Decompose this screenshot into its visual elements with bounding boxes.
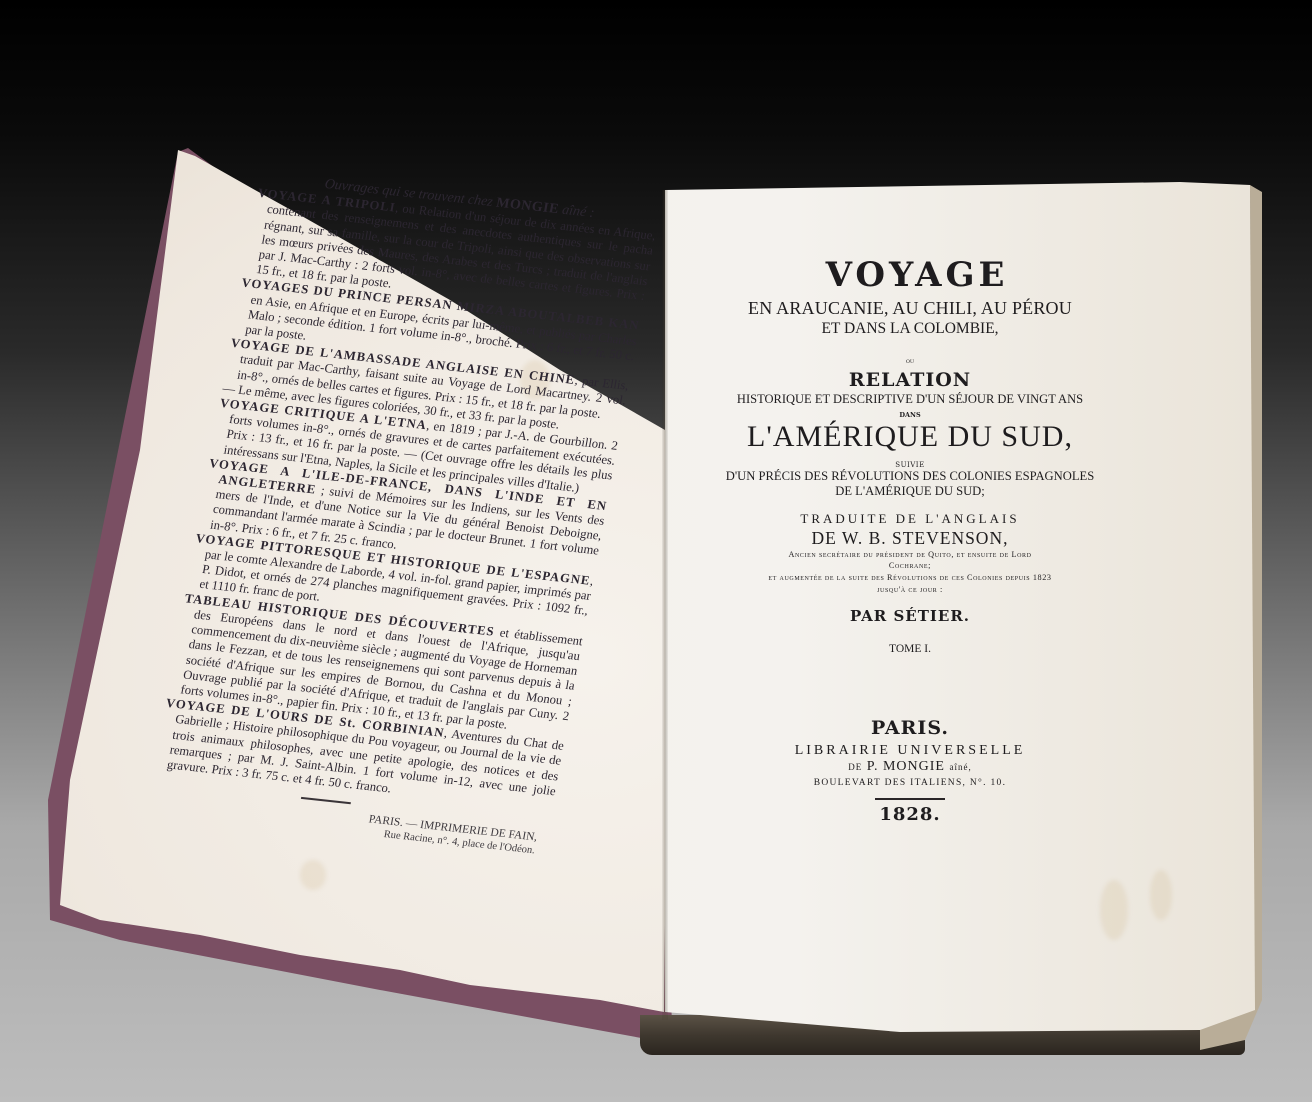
historique-line: HISTORIQUE ET DESCRIPTIVE D'UN SÉJOUR DE… [700, 391, 1120, 407]
author-role-line2: Cochrane; [700, 560, 1120, 571]
title-page: VOYAGE EN ARAUCANIE, AU CHILI, AU PÉROU … [700, 255, 1120, 825]
conjunction-ou: ou [700, 356, 1120, 365]
subtitle-line1: EN ARAUCANIE, AU CHILI, AU PÉROU [700, 297, 1120, 319]
precis-line2: DE L'AMÉRIQUE DU SUD; [700, 484, 1120, 499]
paper-stain [1100, 880, 1128, 940]
traduite-line: TRADUITE DE L'ANGLAIS [700, 511, 1120, 527]
publisher-line: DE P. MONGIE aîné, [700, 759, 1120, 775]
author-name: DE W. B. STEVENSON, [700, 527, 1120, 549]
author-role-line1: Ancien secrétaire du président de Quito,… [700, 549, 1120, 560]
header-suffix: aîné : [561, 203, 596, 221]
amerique-heading: L'AMÉRIQUE DU SUD, [700, 419, 1120, 455]
paper-stain [1150, 870, 1172, 920]
publisher-suffix: aîné, [949, 762, 971, 772]
precis-line1: D'UN PRÉCIS DES RÉVOLUTIONS DES COLONIES… [700, 469, 1120, 484]
book-title: VOYAGE [714, 255, 1120, 295]
librairie-name: LIBRAIRIE UNIVERSELLE [700, 743, 1120, 759]
divider-rule [301, 797, 351, 804]
volume-number: TOME I. [700, 643, 1120, 655]
augmentee-line1: et augmentée de la suite des Révolutions… [700, 573, 1120, 583]
suivie-word: SUIVIE [700, 461, 1120, 469]
book-gutter [662, 190, 668, 1020]
translator-name: PAR SÉTIER. [700, 607, 1120, 625]
publisher-address: BOULEVART DES ITALIENS, N°. 10. [700, 778, 1120, 788]
relation-heading: RELATION [700, 369, 1120, 391]
publication-year: 1828. [700, 804, 1120, 825]
divider-rule [875, 798, 945, 800]
subtitle-line2: ET DANS LA COLOMBIE, [700, 319, 1120, 338]
photo-scene: Ouvrages qui se trouvent chez MONGIE aîn… [0, 0, 1312, 1102]
publisher-name: P. MONGIE [867, 759, 945, 774]
augmentee-line2: jusqu'à ce jour : [700, 585, 1120, 595]
publisher-prefix: DE [848, 762, 862, 772]
paper-stain [300, 860, 326, 890]
dans-word: DANS [700, 411, 1120, 419]
imprint-city: PARIS. [700, 717, 1120, 739]
